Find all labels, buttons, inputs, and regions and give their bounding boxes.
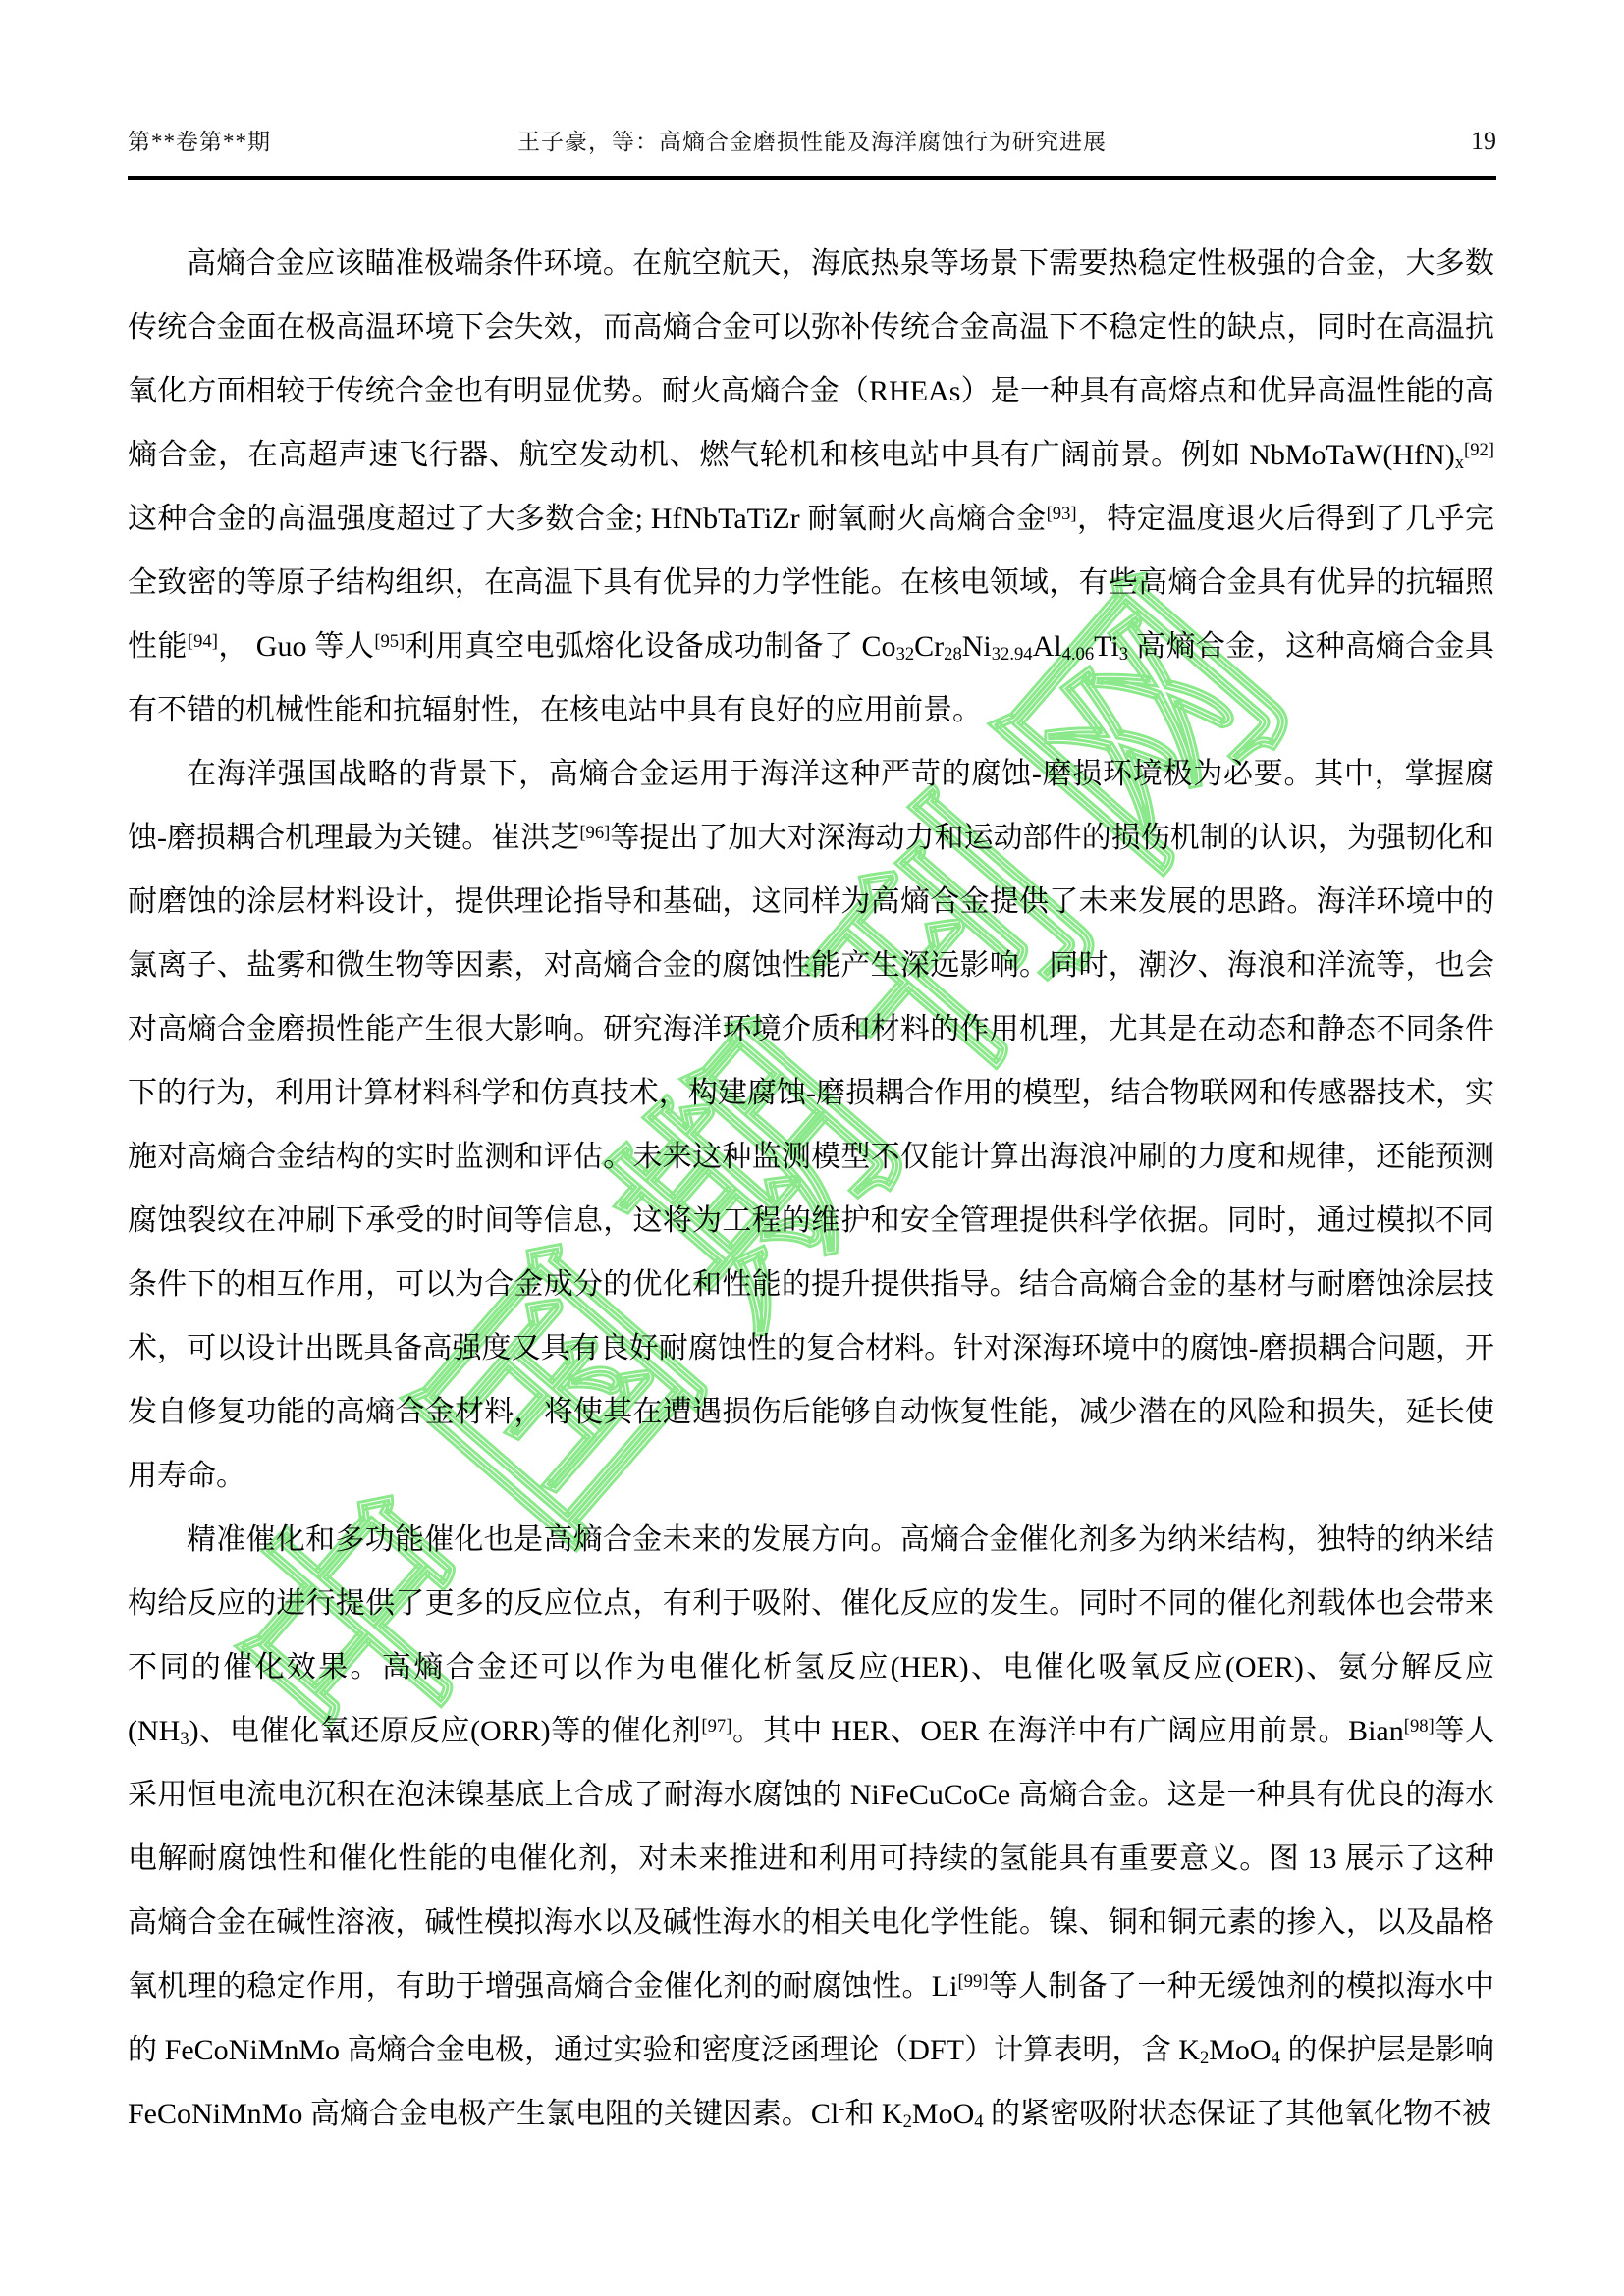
text-run: 和 K: [844, 2098, 902, 2130]
text-run: 的紧密吸附状态保证了其他氧化物不被: [984, 2098, 1492, 2130]
citation-superscript: [93]: [1047, 504, 1077, 524]
text-run: 。其中 HER、OER 在海洋中有广阔应用前景。Bian: [731, 1715, 1403, 1747]
text-run: 利用真空电弧熔化设备成功制备了 Co: [405, 630, 895, 663]
header-running-title: 王子豪，等：高熵合金磨损性能及海洋腐蚀行为研究进展: [452, 124, 1172, 156]
citation-superscript: -: [839, 2099, 844, 2119]
formula-subscript: 32.94: [992, 644, 1033, 665]
formula-subscript: 4.06: [1062, 644, 1095, 665]
formula-subscript: x: [1455, 453, 1464, 473]
citation-superscript: [95]: [374, 631, 405, 652]
text-run: Ni: [962, 630, 992, 663]
text-run: 精准催化和多功能催化也是高熵合金未来的发展方向。高熵合金催化剂多为纳米结构，独特…: [128, 1523, 1494, 1747]
text-run: )、电催化氧还原反应(ORR)等的催化剂: [189, 1715, 702, 1747]
header-page-number: 19: [1172, 127, 1496, 156]
header-issue: 第**卷第**期: [128, 124, 452, 156]
text-run: Al: [1033, 630, 1062, 663]
formula-subscript: 2: [1200, 2048, 1209, 2068]
text-run: ， Guo 等人: [218, 630, 374, 663]
paragraph: 高熵合金应该瞄准极端条件环境。在航空航天，海底热泉等场景下需要热稳定性极强的合金…: [128, 232, 1494, 742]
header-rule: [128, 176, 1496, 180]
citation-superscript: [97]: [701, 1716, 731, 1736]
paragraph: 精准催化和多功能催化也是高熵合金未来的发展方向。高熵合金催化剂多为纳米结构，独特…: [128, 1508, 1494, 2146]
citation-superscript: [99]: [957, 1971, 988, 1992]
formula-subscript: 4: [974, 2111, 983, 2132]
text-run: MoO: [1209, 2034, 1271, 2066]
citation-superscript: [94]: [188, 631, 218, 652]
article-body: 高熵合金应该瞄准极端条件环境。在航空航天，海底热泉等场景下需要热稳定性极强的合金…: [128, 232, 1494, 2146]
text-run: MoO: [912, 2098, 974, 2130]
formula-subscript: 28: [944, 644, 962, 665]
citation-superscript: [96]: [579, 823, 610, 843]
formula-subscript: 2: [903, 2111, 912, 2132]
text-run: 等提出了加大对深海动力和运动部件的损伤机制的认识，为强韧化和耐磨蚀的涂层材料设计…: [128, 822, 1494, 1492]
formula-subscript: 4: [1272, 2048, 1280, 2068]
formula-subscript: 3: [180, 1729, 189, 1749]
text-run: 等人采用恒电流电沉积在泡沫镍基底上合成了耐海水腐蚀的 NiFeCuCoCe 高熵…: [128, 1715, 1494, 2002]
paragraph: 在海洋强国战略的背景下，高熵合金运用于海洋这种严苛的腐蚀-磨损环境极为必要。其中…: [128, 742, 1494, 1508]
citation-superscript: [98]: [1404, 1716, 1435, 1736]
text-run: Ti: [1094, 630, 1119, 663]
citation-superscript: [92]: [1464, 440, 1494, 460]
page-header: 第**卷第**期 王子豪，等：高熵合金磨损性能及海洋腐蚀行为研究进展 19: [128, 124, 1496, 156]
text-run: 高熵合金应该瞄准极端条件环境。在航空航天，海底热泉等场景下需要热稳定性极强的合金…: [128, 247, 1494, 471]
text-run: Cr: [914, 630, 944, 663]
text-run: 这种合金的高温强度超过了大多数合金; HfNbTaTiZr 耐氧耐火高熵合金: [128, 503, 1047, 535]
formula-subscript: 32: [896, 644, 915, 665]
formula-subscript: 3: [1119, 644, 1128, 665]
journal-page: 中国期刊网 第**卷第**期 王子豪，等：高熵合金磨损性能及海洋腐蚀行为研究进展…: [0, 0, 1624, 2296]
